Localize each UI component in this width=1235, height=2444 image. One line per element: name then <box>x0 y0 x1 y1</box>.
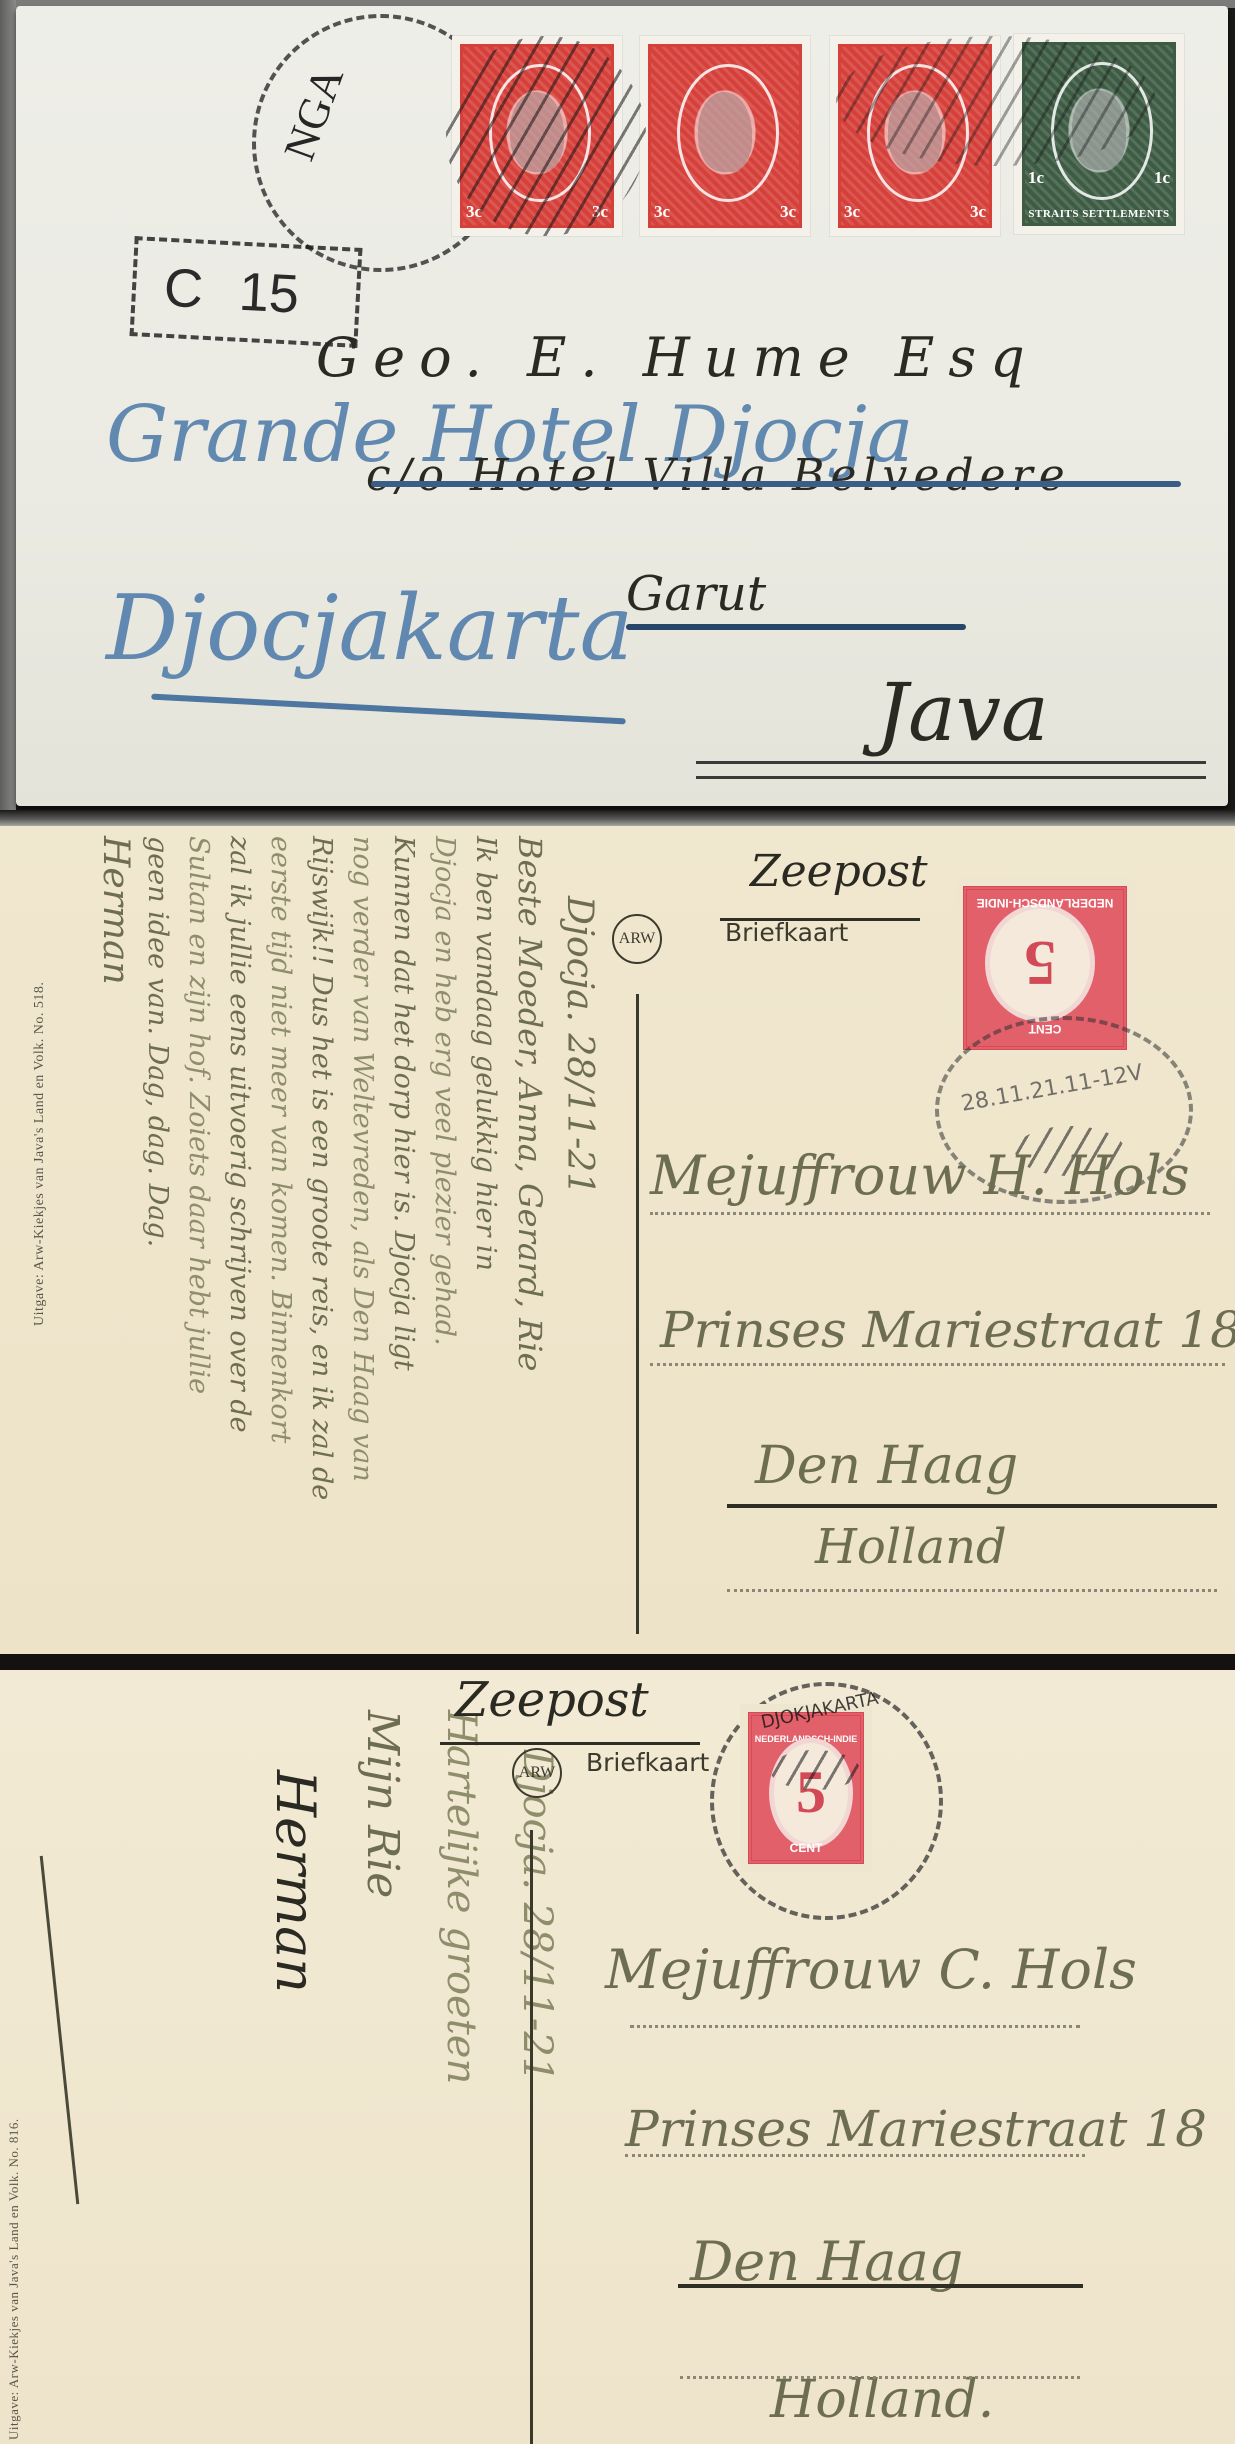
address-rule <box>678 2284 1083 2288</box>
strike-through-line <box>371 481 1181 487</box>
card-divider-line <box>636 994 639 1634</box>
album-divider <box>0 1654 1235 1670</box>
message-line: Hartelijke groeten <box>438 1710 484 2310</box>
arw-logo: ARW <box>612 914 662 964</box>
postcard-2: Uitgave: Arw-Kiekjes van Java's Land en … <box>0 1670 1235 2444</box>
address-line-1: Mejuffrouw C. Hols <box>605 1938 1137 2001</box>
address-line-4: Holland. <box>770 2370 994 2430</box>
original-hotel: c/o Hotel Villa Belvedere <box>366 450 1071 501</box>
address-rule <box>625 2154 1085 2157</box>
album-page-edge <box>0 0 16 810</box>
message-signature: Herman <box>264 1770 327 2310</box>
arw-logo: ARW <box>512 1748 562 1798</box>
destination-country: Java <box>876 666 1049 759</box>
zeepost-annotation: Zeepost <box>455 1672 649 1728</box>
underline <box>696 761 1206 764</box>
publisher-imprint: Uitgave: Arw-Kiekjes van Java's Land en … <box>6 2118 22 2440</box>
zeepost-annotation: Zeepost <box>750 846 928 897</box>
message-line: Mijn Rie <box>357 1710 408 2310</box>
message-line: Kunnen dat het dorp hier is. Djocja ligt <box>388 836 419 1596</box>
stamp-straits-3c: 3c 3c <box>640 36 810 236</box>
message-line: eerste tijd niet meer van komen. Binnenk… <box>265 836 296 1596</box>
address-line-2: Prinses Mariestraat 18 <box>660 1301 1235 1359</box>
message-lines: Ik ben vandaag gelukkig hier inDjocja en… <box>142 836 501 1596</box>
envelope: NGA 3c 3c 3c 3c 3c 3c 1c 1c STRAITS SETT… <box>16 6 1228 806</box>
message-block: Djocja. 28/11-21 Beste Moeder, Anna, Ger… <box>40 836 600 1596</box>
address-rule <box>630 2025 1080 2028</box>
address-rule <box>727 1589 1217 1592</box>
address-line-2: Prinses Mariestraat 18 <box>625 2100 1207 2158</box>
strike-through-line <box>626 624 966 630</box>
message-signature: Herman <box>95 836 136 1596</box>
address-rule <box>680 2376 1080 2379</box>
message-greeting: Beste Moeder, Anna, Gerard, Rie <box>511 836 549 1596</box>
message-date: Djocja. 28/11-21 <box>559 896 600 1596</box>
underline <box>440 1742 700 1745</box>
briefkaart-label: Briefkaart <box>725 918 848 947</box>
addressee: Geo. E. Hume Esq <box>316 326 1039 389</box>
message-line: Rijswijk!! Dus het is een groote reis, e… <box>306 836 337 1596</box>
message-block: Djocja. 28/11-21 Hartelijke groeten Mijn… <box>60 1710 560 2310</box>
address-rule <box>650 1363 1225 1366</box>
strike-through-line <box>151 694 626 725</box>
underline <box>696 776 1206 779</box>
message-line: geen idee van. Dag, dag. Dag. <box>142 836 173 1596</box>
message-line: Sultan en zijn hof. Zoiets daar hebt jul… <box>183 836 214 1596</box>
postcard-1: Uitgave: Arw-Kiekjes van Java's Land en … <box>0 826 1235 1656</box>
message-line: zal ik jullie eens uitvoerig schrijven o… <box>224 836 255 1596</box>
address-line-1: Mejuffrouw H. Hols <box>650 1144 1190 1207</box>
cancellation-marks <box>836 36 1156 166</box>
address-rule <box>650 1212 1210 1215</box>
address-rule <box>727 1504 1217 1508</box>
message-line: Djocja en heb erg veel plezier gehad. <box>429 836 460 1596</box>
message-date: Djocja. 28/11-21 <box>514 1750 560 2310</box>
card-divider-line <box>530 1830 533 2444</box>
address-line-4: Holland <box>815 1519 1007 1575</box>
original-city: Garut <box>626 566 766 622</box>
message-line: nog verder van Weltevreden, als Den Haag… <box>347 836 378 1596</box>
redirect-city: Djocjakarta <box>106 576 633 681</box>
cancellation-marks <box>446 36 646 236</box>
briefkaart-label: Briefkaart <box>586 1748 709 1777</box>
address-line-3: Den Haag <box>755 1436 1018 1496</box>
postmark-text: NGA <box>273 60 354 167</box>
message-line: Ik ben vandaag gelukkig hier in <box>470 836 501 1596</box>
postmark-bars <box>770 1750 860 1790</box>
